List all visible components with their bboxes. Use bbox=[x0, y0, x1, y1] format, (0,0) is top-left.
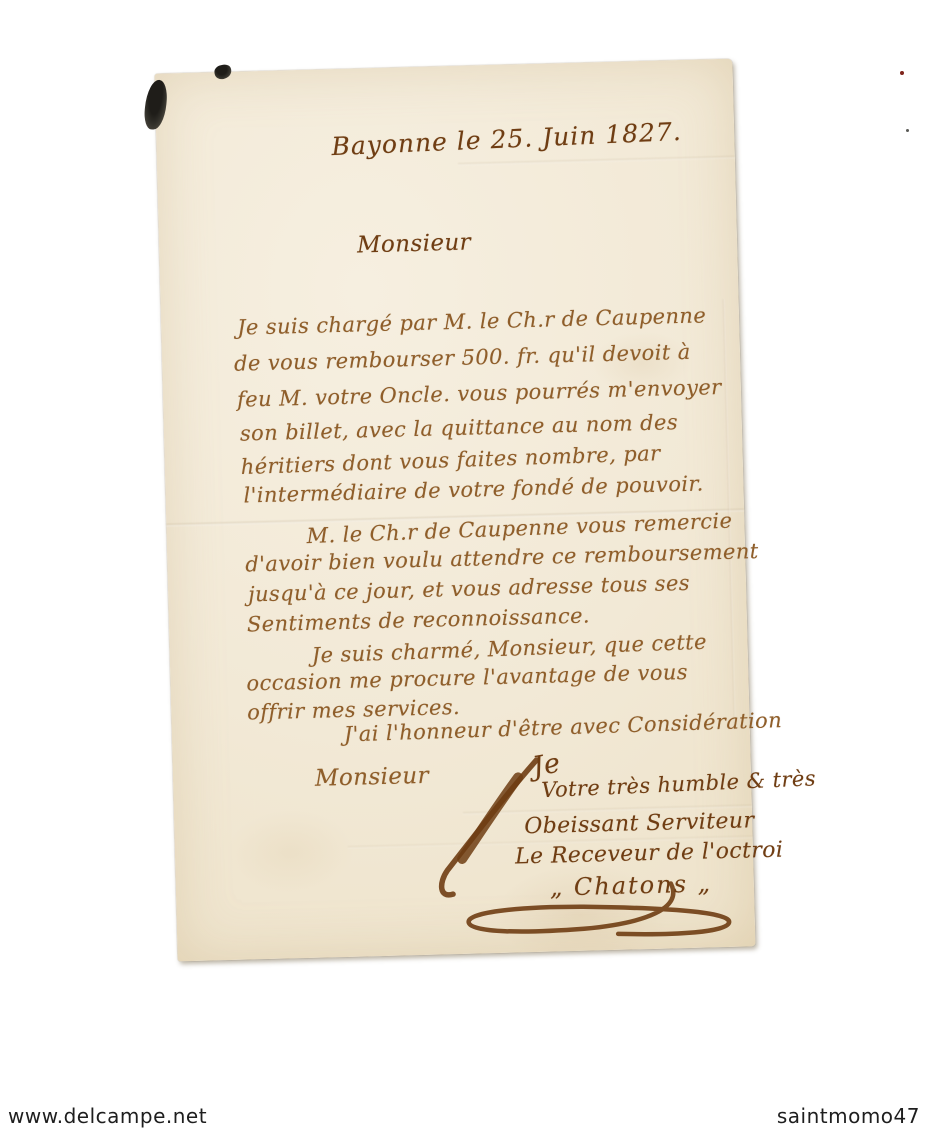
handwritten-line: son billet, avec la quittance au nom des bbox=[240, 410, 679, 445]
letter-paper: Bayonne le 25. Juin 1827. Monsieur Je su… bbox=[154, 59, 755, 962]
wax-seal-remnant-small bbox=[213, 63, 232, 80]
fold-crease bbox=[457, 156, 734, 166]
watermark-seller: saintmomo47 bbox=[777, 1104, 920, 1128]
dateline: Bayonne le 25. Juin 1827. bbox=[331, 117, 683, 161]
scanned-letter-image: Bayonne le 25. Juin 1827. Monsieur Je su… bbox=[0, 0, 929, 1132]
paper-speck bbox=[906, 129, 909, 132]
paper-speck bbox=[900, 71, 904, 75]
signature-flourish bbox=[427, 743, 762, 947]
watermark-delcampe: www.delcampe.net bbox=[8, 1104, 207, 1128]
handwritten-line: l'intermédiaire de votre fondé de pouvoi… bbox=[243, 471, 704, 507]
handwritten-line: feu M. votre Oncle. vous pourrés m'envoy… bbox=[237, 375, 722, 412]
wax-seal-remnant bbox=[143, 79, 169, 131]
handwritten-line: Je suis chargé par M. le Ch.r de Caupenn… bbox=[237, 303, 707, 339]
handwritten-line: de vous rembourser 500. fr. qu'il devoit… bbox=[234, 340, 691, 376]
closing-salutation: Monsieur bbox=[315, 763, 430, 792]
handwritten-line: jusqu'à ce jour, et vous adresse tous se… bbox=[248, 571, 690, 607]
handwritten-line: Sentiments de reconnoissance. bbox=[247, 604, 591, 637]
salutation: Monsieur bbox=[357, 229, 472, 258]
